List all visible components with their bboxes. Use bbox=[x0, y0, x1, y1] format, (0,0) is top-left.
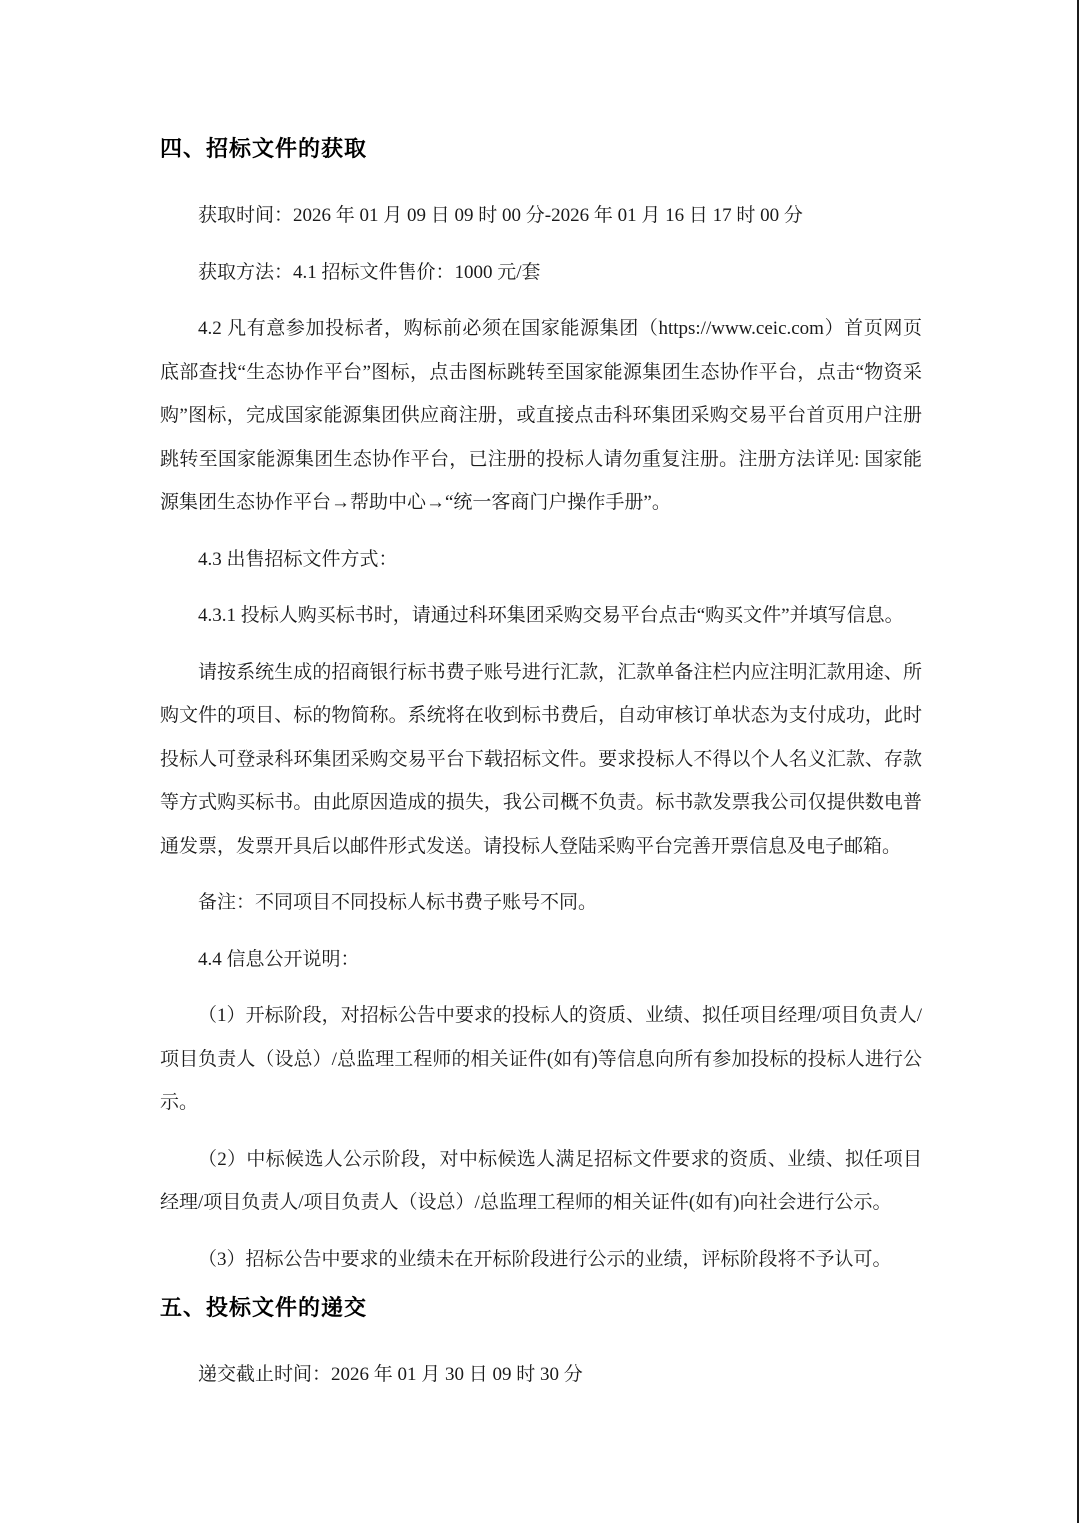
page-right-border bbox=[1077, 0, 1079, 1523]
paragraph-disclosure-item-2: （2）中标候选人公示阶段，对中标候选人满足招标文件要求的资质、业绩、拟任项目经理… bbox=[160, 1138, 922, 1225]
paragraph-note: 备注：不同项目不同投标人标书费子账号不同。 bbox=[160, 881, 922, 925]
paragraph-4-3-sale-method: 4.3 出售招标文件方式： bbox=[160, 538, 922, 582]
section-heading-4: 四、招标文件的获取 bbox=[160, 135, 922, 163]
paragraph-4-4-info-disclosure: 4.4 信息公开说明： bbox=[160, 938, 922, 982]
paragraph-obtain-method: 获取方法：4.1 招标文件售价：1000 元/套 bbox=[160, 251, 922, 295]
paragraph-disclosure-item-1: （1）开标阶段，对招标公告中要求的投标人的资质、业绩、拟任项目经理/项目负责人/… bbox=[160, 994, 922, 1125]
document-content: 四、招标文件的获取 获取时间：2026 年 01 月 09 日 09 时 00 … bbox=[160, 135, 922, 1410]
paragraph-obtain-time: 获取时间：2026 年 01 月 09 日 09 时 00 分-2026 年 0… bbox=[160, 194, 922, 238]
section-heading-5: 五、投标文件的递交 bbox=[160, 1294, 922, 1322]
document-page: 四、招标文件的获取 获取时间：2026 年 01 月 09 日 09 时 00 … bbox=[0, 0, 1080, 1523]
paragraph-4-2-registration: 4.2 凡有意参加投标者，购标前必须在国家能源集团（https://www.ce… bbox=[160, 307, 922, 525]
paragraph-4-3-1-purchase: 4.3.1 投标人购买标书时，请通过科环集团采购交易平台点击“购买文件”并填写信… bbox=[160, 594, 922, 638]
paragraph-disclosure-item-3: （3）招标公告中要求的业绩未在开标阶段进行公示的业绩，评标阶段将不予认可。 bbox=[160, 1238, 922, 1282]
paragraph-submission-deadline: 递交截止时间：2026 年 01 月 30 日 09 时 30 分 bbox=[160, 1353, 922, 1397]
paragraph-remittance-instructions: 请按系统生成的招商银行标书费子账号进行汇款，汇款单备注栏内应注明汇款用途、所购文… bbox=[160, 651, 922, 869]
